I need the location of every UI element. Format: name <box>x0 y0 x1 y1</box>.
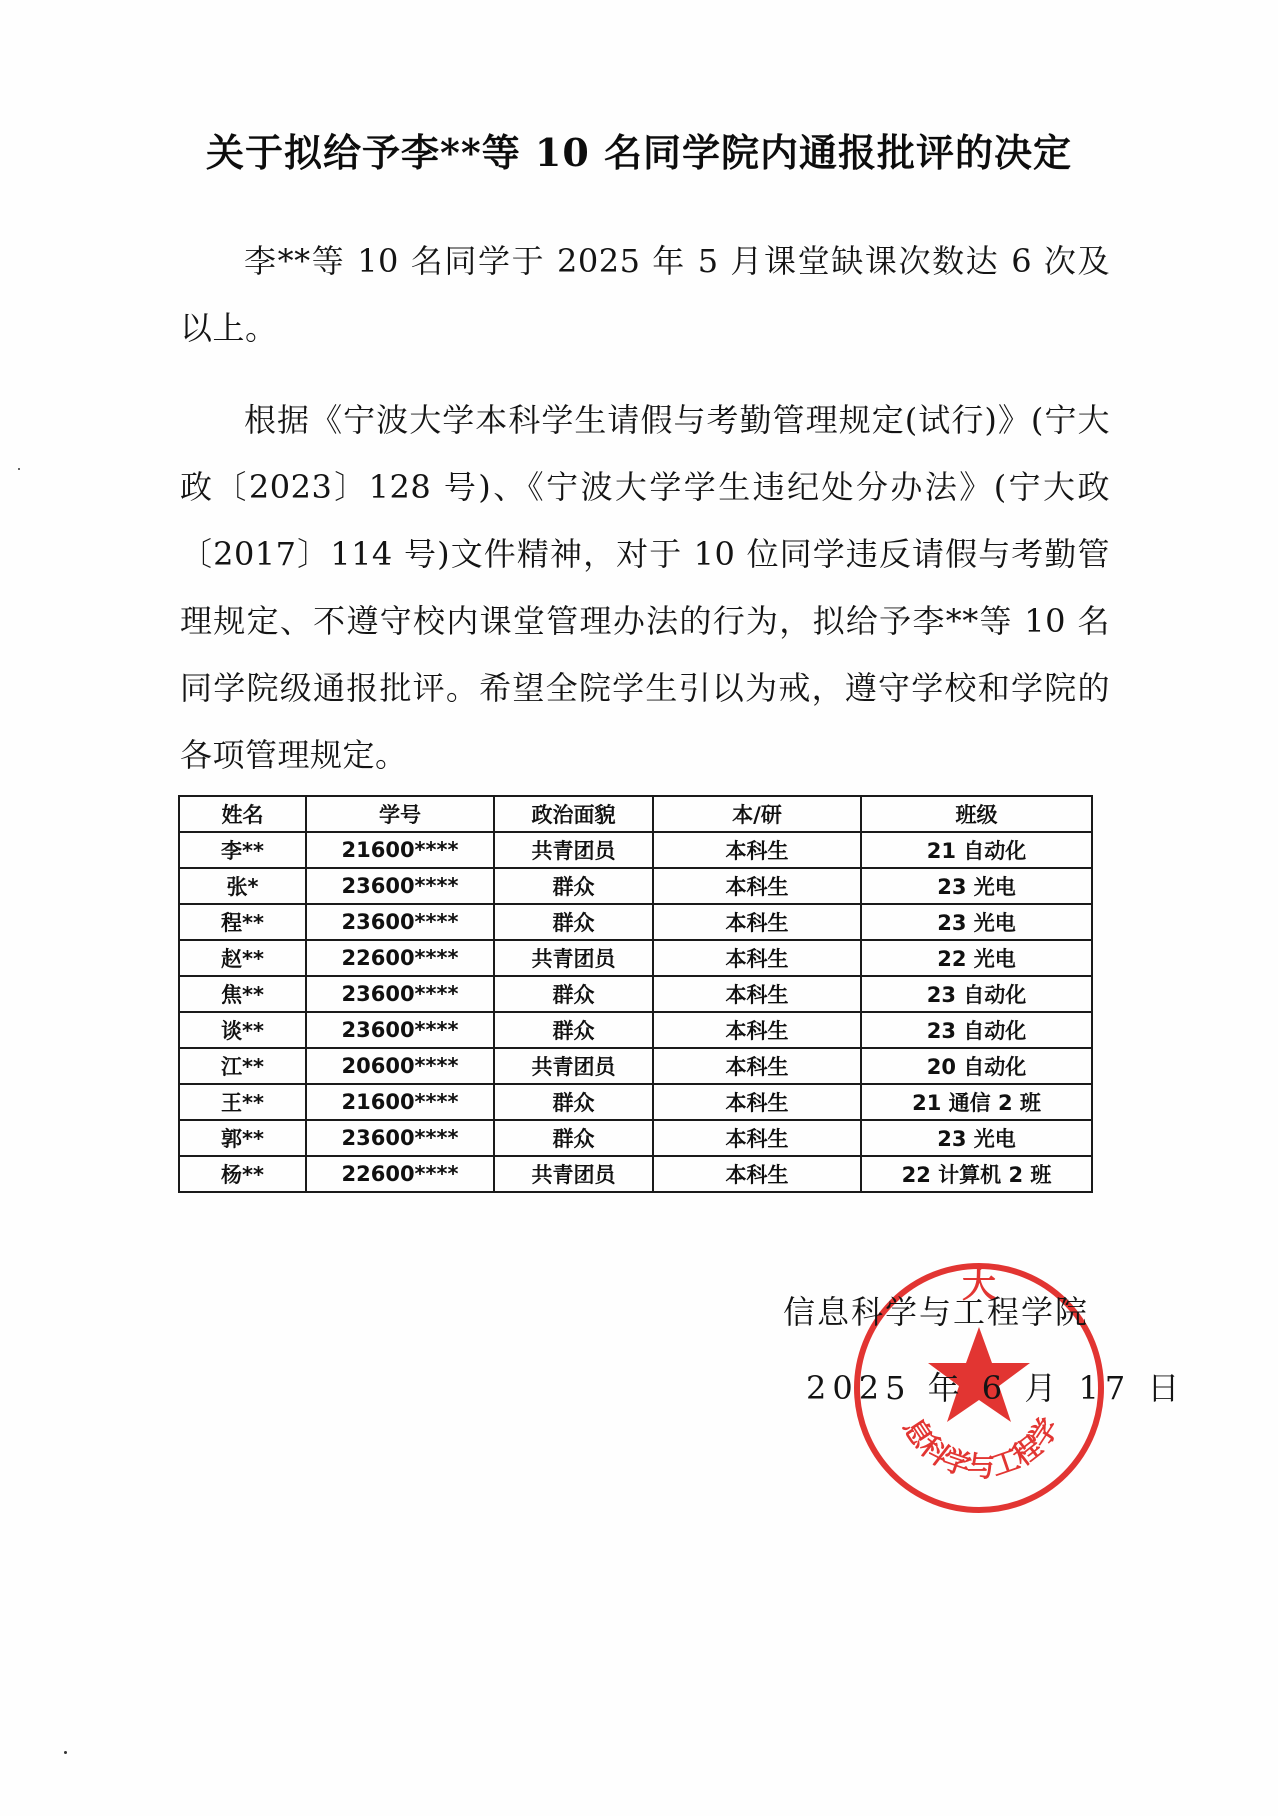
cell-class: 21 自动化 <box>861 832 1092 868</box>
header-student-id: 学号 <box>306 796 494 832</box>
cell-student-id: 23600**** <box>306 1120 494 1156</box>
table-row: 赵** 22600**** 共青团员 本科生 22 光电 <box>179 940 1092 976</box>
cell-student-id: 22600**** <box>306 940 494 976</box>
cell-student-id: 23600**** <box>306 976 494 1012</box>
cell-student-id: 23600**** <box>306 1012 494 1048</box>
cell-class: 22 光电 <box>861 940 1092 976</box>
cell-student-id: 21600**** <box>306 1084 494 1120</box>
cell-class: 23 光电 <box>861 1120 1092 1156</box>
table-row: 谈** 23600**** 群众 本科生 23 自动化 <box>179 1012 1092 1048</box>
cell-degree-level: 本科生 <box>653 832 861 868</box>
table-row: 张* 23600**** 群众 本科生 23 光电 <box>179 868 1092 904</box>
table-row: 杨** 22600**** 共青团员 本科生 22 计算机 2 班 <box>179 1156 1092 1192</box>
cell-class: 21 通信 2 班 <box>861 1084 1092 1120</box>
cell-name: 焦** <box>179 976 306 1012</box>
cell-class: 23 自动化 <box>861 1012 1092 1048</box>
header-degree-level: 本/研 <box>653 796 861 832</box>
table-row: 王** 21600**** 群众 本科生 21 通信 2 班 <box>179 1084 1092 1120</box>
cell-student-id: 21600**** <box>306 832 494 868</box>
cell-name: 赵** <box>179 940 306 976</box>
cell-degree-level: 本科生 <box>653 1156 861 1192</box>
paragraph-basis: 根据《宁波大学本科学生请假与考勤管理规定(试行)》(宁大政〔2023〕128 号… <box>180 387 1110 789</box>
table-row: 程** 23600**** 群众 本科生 23 光电 <box>179 904 1092 940</box>
document-page: 关于拟给予李**等 10 名同学院内通报批评的决定 李**等 10 名同学于 2… <box>0 0 1278 1816</box>
cell-degree-level: 本科生 <box>653 976 861 1012</box>
cell-class: 20 自动化 <box>861 1048 1092 1084</box>
cell-student-id: 22600**** <box>306 1156 494 1192</box>
cell-degree-level: 本科生 <box>653 1084 861 1120</box>
cell-name: 李** <box>179 832 306 868</box>
cell-political-status: 共青团员 <box>494 1048 653 1084</box>
table-header-row: 姓名 学号 政治面貌 本/研 班级 <box>179 796 1092 832</box>
cell-class: 23 光电 <box>861 868 1092 904</box>
cell-degree-level: 本科生 <box>653 940 861 976</box>
cell-political-status: 群众 <box>494 904 653 940</box>
header-name: 姓名 <box>179 796 306 832</box>
cell-political-status: 群众 <box>494 868 653 904</box>
cell-degree-level: 本科生 <box>653 868 861 904</box>
cell-degree-level: 本科生 <box>653 1120 861 1156</box>
cell-political-status: 群众 <box>494 1012 653 1048</box>
table-row: 李** 21600**** 共青团员 本科生 21 自动化 <box>179 832 1092 868</box>
cell-class: 22 计算机 2 班 <box>861 1156 1092 1192</box>
cell-student-id: 20600**** <box>306 1048 494 1084</box>
cell-name: 谈** <box>179 1012 306 1048</box>
cell-name: 郭** <box>179 1120 306 1156</box>
paragraph-summary: 李**等 10 名同学于 2025 年 5 月课堂缺课次数达 6 次及以上。 <box>180 228 1110 362</box>
cell-political-status: 共青团员 <box>494 940 653 976</box>
cell-class: 23 光电 <box>861 904 1092 940</box>
cell-degree-level: 本科生 <box>653 904 861 940</box>
cell-student-id: 23600**** <box>306 868 494 904</box>
cell-degree-level: 本科生 <box>653 1012 861 1048</box>
table-row: 郭** 23600**** 群众 本科生 23 光电 <box>179 1120 1092 1156</box>
cell-degree-level: 本科生 <box>653 1048 861 1084</box>
issue-date: 2025 年 6 月 17 日 <box>806 1363 1185 1409</box>
header-political-status: 政治面貌 <box>494 796 653 832</box>
cell-political-status: 共青团员 <box>494 1156 653 1192</box>
cell-political-status: 群众 <box>494 1120 653 1156</box>
document-title: 关于拟给予李**等 10 名同学院内通报批评的决定 <box>0 122 1278 177</box>
cell-political-status: 群众 <box>494 1084 653 1120</box>
table-row: 江** 20600**** 共青团员 本科生 20 自动化 <box>179 1048 1092 1084</box>
table-row: 焦** 23600**** 群众 本科生 23 自动化 <box>179 976 1092 1012</box>
scan-speck <box>64 1751 67 1754</box>
cell-name: 程** <box>179 904 306 940</box>
cell-name: 王** <box>179 1084 306 1120</box>
cell-student-id: 23600**** <box>306 904 494 940</box>
cell-name: 张* <box>179 868 306 904</box>
cell-name: 杨** <box>179 1156 306 1192</box>
issuing-organization: 信息科学与工程学院 <box>783 1287 1089 1333</box>
student-table: 姓名 学号 政治面貌 本/研 班级 李** 21600**** 共青团员 本科生… <box>178 795 1093 1193</box>
cell-political-status: 群众 <box>494 976 653 1012</box>
header-class: 班级 <box>861 796 1092 832</box>
cell-name: 江** <box>179 1048 306 1084</box>
cell-political-status: 共青团员 <box>494 832 653 868</box>
scan-speck <box>18 468 20 470</box>
cell-class: 23 自动化 <box>861 976 1092 1012</box>
